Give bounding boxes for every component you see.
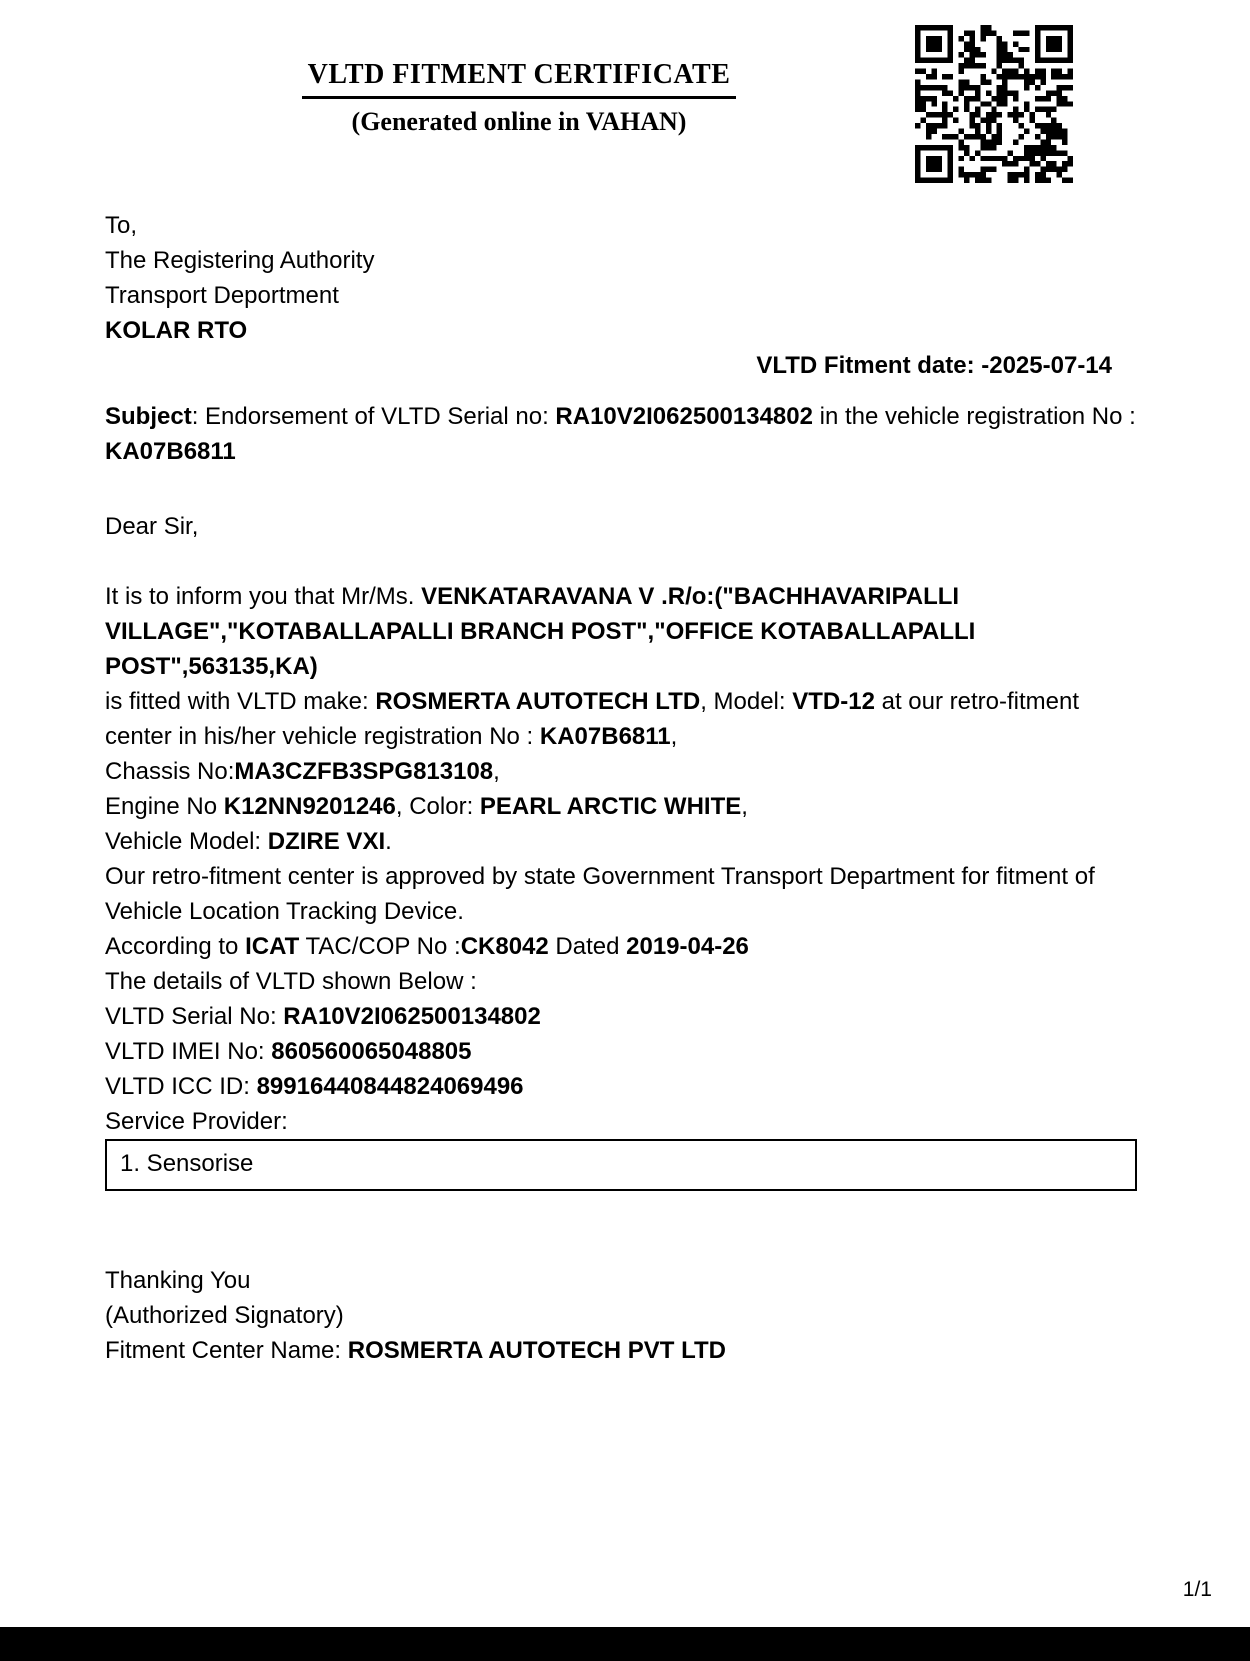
intro-text: It is to inform you that Mr/Ms. (105, 583, 421, 610)
bottom-black-bar (0, 1627, 1250, 1661)
tac-cop-no: CK8042 (461, 933, 549, 960)
service-provider-label: Service Provider: (105, 1104, 1150, 1139)
approval-paragraph: Our retro-fitment center is approved by … (105, 859, 1150, 929)
chassis-end: , (493, 758, 500, 785)
fitted-text-2: , Model: (700, 688, 792, 715)
vltd-icc-id: 89916440844824069496 (257, 1073, 524, 1100)
fitted-text-4: , (671, 723, 678, 750)
imei-label: VLTD IMEI No: (105, 1038, 271, 1065)
engine-end: , (741, 793, 748, 820)
subject-text-1: : Endorsement of VLTD Serial no: (192, 403, 556, 430)
engine-text-2: , Color: (396, 793, 480, 820)
subject-text-2: in the vehicle registration No : (813, 403, 1136, 430)
icat-text-3: Dated (549, 933, 626, 960)
service-provider-box: 1. Sensorise (105, 1139, 1137, 1191)
icc-line: VLTD ICC ID: 89916440844824069496 (105, 1069, 1150, 1104)
subject-label: Subject (105, 403, 192, 430)
icat-label: ICAT (245, 933, 299, 960)
closing-thanks: Thanking You (105, 1263, 1150, 1298)
intro-paragraph: It is to inform you that Mr/Ms. VENKATAR… (105, 579, 1150, 684)
fitment-center-name: ROSMERTA AUTOTECH PVT LTD (348, 1337, 726, 1364)
recipient-rto: KOLAR RTO (105, 313, 1150, 348)
vehicle-reg-no: KA07B6811 (105, 438, 236, 465)
fitment-date: VLTD Fitment date: -2025-07-14 (105, 348, 1150, 383)
recipient-department: Transport Deportment (105, 278, 1150, 313)
closing-signatory: (Authorized Signatory) (105, 1298, 1150, 1333)
icat-text-1: According to (105, 933, 245, 960)
details-heading: The details of VLTD shown Below : (105, 964, 1150, 999)
vltd-model: VTD-12 (792, 688, 875, 715)
letter-body: To, The Registering Authority Transport … (0, 0, 1250, 1368)
vltd-serial-no: RA10V2I062500134802 (555, 403, 813, 430)
vehicle-reg-no-repeat: KA07B6811 (540, 723, 671, 750)
engine-label: Engine No (105, 793, 224, 820)
vltd-imei-no: 860560065048805 (271, 1038, 471, 1065)
salutation: Dear Sir, (105, 509, 1150, 544)
engine-line: Engine No K12NN9201246, Color: PEARL ARC… (105, 789, 1150, 824)
recipient-to: To, (105, 208, 1150, 243)
vltd-make: ROSMERTA AUTOTECH LTD (375, 688, 700, 715)
vehicle-model-line: Vehicle Model: DZIRE VXI. (105, 824, 1150, 859)
fitment-center-label: Fitment Center Name: (105, 1337, 348, 1364)
chassis-no: MA3CZFB3SPG813108 (234, 758, 493, 785)
chassis-line: Chassis No:MA3CZFB3SPG813108, (105, 754, 1150, 789)
icat-text-2: TAC/COP No : (299, 933, 460, 960)
vehicle-model-label: Vehicle Model: (105, 828, 268, 855)
imei-line: VLTD IMEI No: 860560065048805 (105, 1034, 1150, 1069)
page-number: 1/1 (1183, 1578, 1212, 1602)
fitment-center-line: Fitment Center Name: ROSMERTA AUTOTECH P… (105, 1333, 1150, 1368)
chassis-label: Chassis No: (105, 758, 234, 785)
vehicle-model-end: . (385, 828, 392, 855)
serial-line: VLTD Serial No: RA10V2I062500134802 (105, 999, 1150, 1034)
service-provider-item: 1. Sensorise (120, 1150, 253, 1177)
fitted-text-1: is fitted with VLTD make: (105, 688, 375, 715)
fitment-paragraph: is fitted with VLTD make: ROSMERTA AUTOT… (105, 684, 1150, 754)
certificate-page: VLTD FITMENT CERTIFICATE (Generated onli… (0, 0, 1250, 1661)
vltd-serial-no-repeat: RA10V2I062500134802 (283, 1003, 541, 1030)
serial-label: VLTD Serial No: (105, 1003, 283, 1030)
engine-no: K12NN9201246 (224, 793, 396, 820)
vehicle-model: DZIRE VXI (268, 828, 385, 855)
icat-line: According to ICAT TAC/COP No :CK8042 Dat… (105, 929, 1150, 964)
subject-line: Subject: Endorsement of VLTD Serial no: … (105, 399, 1150, 469)
recipient-authority: The Registering Authority (105, 243, 1150, 278)
icc-label: VLTD ICC ID: (105, 1073, 257, 1100)
tac-date: 2019-04-26 (626, 933, 749, 960)
vehicle-color: PEARL ARCTIC WHITE (480, 793, 741, 820)
